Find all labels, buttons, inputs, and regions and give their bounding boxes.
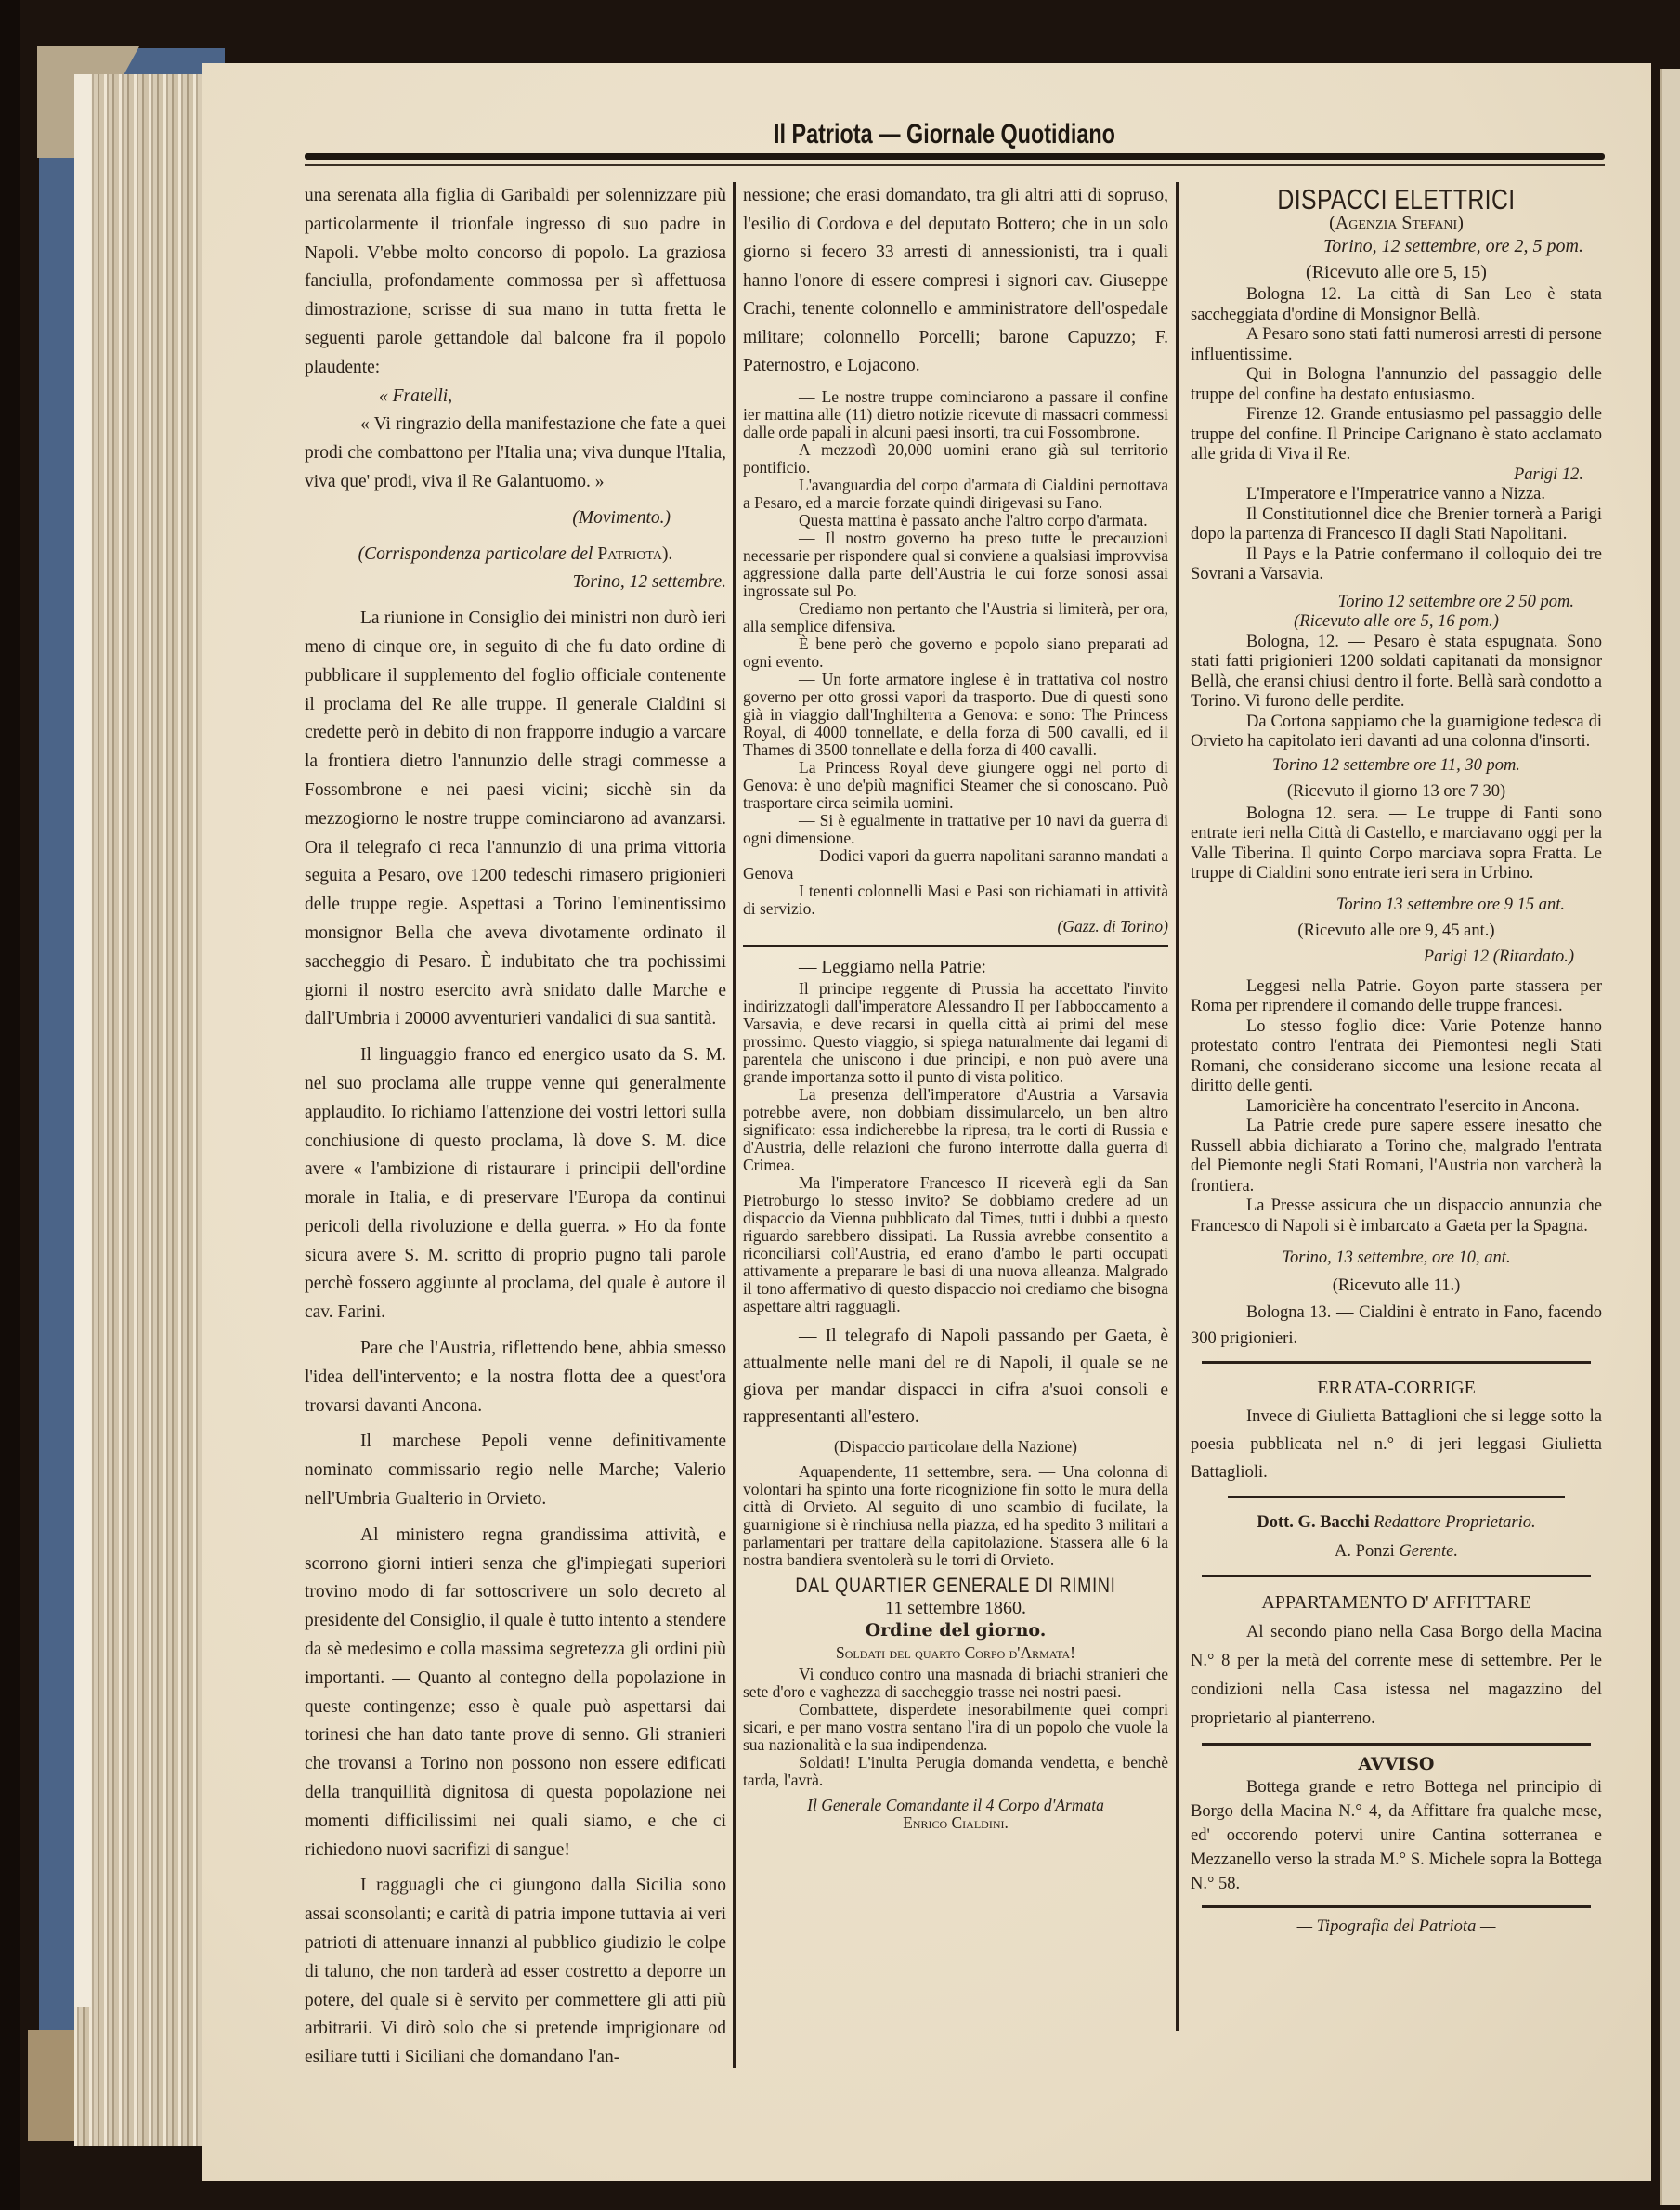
- next-page-edge: [1660, 69, 1680, 2205]
- article-paragraph: Al ministero regna grandissima attività,…: [305, 1522, 726, 1865]
- dispatch-received: (Ricevuto alle ore 9, 45 ant.): [1191, 918, 1602, 944]
- dispatch-paragraph: Da Cortona sappiamo che la guarnigione t…: [1191, 713, 1602, 752]
- dispatch-paragraph: Leggesi nella Patrie. Goyon parte stasse…: [1191, 977, 1602, 1017]
- dispatch-paragraph: L'Imperatore e l'Imperatrice vanno a Niz…: [1191, 485, 1602, 505]
- article-paragraph: nessione; che erasi domandato, tra gli a…: [743, 182, 1168, 381]
- article-paragraph: Il linguaggio franco ed energico usato d…: [305, 1041, 726, 1327]
- article-paragraph: Questa mattina è passato anche l'altro c…: [743, 512, 1168, 530]
- right-column: DISPACCI ELETTRICI (Agenzia Stefani) Tor…: [1191, 182, 1602, 1937]
- source-citation: (Gazz. di Torino): [743, 918, 1168, 935]
- article-paragraph: I ragguagli che ci giungono dalla Sicili…: [305, 1872, 726, 2073]
- dispatch-source: (Dispaccio particolare della Nazione): [743, 1438, 1168, 1456]
- dispatch-received: (Ricevuto il giorno 13 ore 7 30): [1191, 778, 1602, 804]
- dispatch-paragraph: Lamoricière ha concentrato l'esercito in…: [1191, 1097, 1602, 1118]
- masthead-rule-thin: [305, 164, 1605, 166]
- section-heading-rimini: DAL QUARTIER GENERALE DI RIMINI: [781, 1576, 1130, 1594]
- article-paragraph: Combattete, disperdete inesorabilmente q…: [743, 1701, 1168, 1754]
- printer-credit: — Tipografia del Patriota —: [1191, 1917, 1602, 1938]
- article-paragraph: Pare che l'Austria, riflettendo bene, ab…: [305, 1335, 726, 1420]
- dispatch-received: (Ricevuto alle ore 5, 16 pom.): [1191, 612, 1602, 633]
- dateline: Torino, 12 settembre.: [305, 569, 726, 597]
- article-paragraph: — Il nostro governo ha preso tutte le pr…: [743, 530, 1168, 600]
- dispatch-dateline: Torino, 13 settembre, ore 10, ant.: [1191, 1244, 1602, 1272]
- column-divider-1: [733, 182, 736, 2068]
- dispatch-paragraph: Il Pays e la Patrie confermano il colloq…: [1191, 545, 1602, 585]
- editor-credit: Dott. G. Bacchi Redattore Proprietario.: [1191, 1508, 1602, 1537]
- section-intro: — Leggiamo nella Patrie:: [743, 956, 1168, 980]
- section-title-dispatches: DISPACCI ELETTRICI: [1231, 190, 1560, 210]
- dispatch-paragraph: Lo stesso foglio dice: Varie Potenze han…: [1191, 1017, 1602, 1097]
- salutation: « Fratelli,: [305, 383, 726, 412]
- correspondence-heading: (Corrispondenza particolare del Patriota…: [305, 541, 726, 569]
- article-paragraph: — Dodici vapori da guerra napolitani sar…: [743, 847, 1168, 883]
- dispatch-paragraph: Bologna 12. sera. — Le truppe di Fanti s…: [1191, 804, 1602, 884]
- article-paragraph: « Vi ringrazio della manifestazione che …: [305, 411, 726, 496]
- article-paragraph: Il principe reggente di Prussia ha accet…: [743, 980, 1168, 1086]
- article-paragraph: È bene però che governo e popolo siano p…: [743, 635, 1168, 671]
- order-of-the-day-heading: Ordine del giorno.: [743, 1622, 1168, 1640]
- dark-background-left: [0, 0, 20, 2210]
- rent-ad-title: APPARTAMENTO D' AFFITTARE: [1191, 1587, 1602, 1618]
- article-paragraph: — Il telegrafo di Napoli passando per Ga…: [743, 1323, 1168, 1431]
- article-paragraph: L'avanguardia del corpo d'armata di Cial…: [743, 477, 1168, 512]
- dispatch-location: Parigi 12 (Ritardato.): [1191, 944, 1602, 970]
- article-paragraph: La presenza dell'imperatore d'Austria a …: [743, 1086, 1168, 1174]
- middle-column: nessione; che erasi domandato, tra gli a…: [743, 182, 1168, 1832]
- agency-name: (Agenzia Stefani): [1191, 214, 1602, 234]
- dispatch-dateline: Torino 12 settembre ore 11, 30 pom.: [1191, 752, 1602, 778]
- article-paragraph: — Le nostre truppe cominciarono a passar…: [743, 388, 1168, 441]
- article-paragraph: La Princess Royal deve giungere oggi nel…: [743, 759, 1168, 812]
- dispatch-location: Parigi 12.: [1191, 465, 1602, 486]
- rent-ad-text: Al secondo piano nella Casa Borgo della …: [1191, 1618, 1602, 1733]
- masthead-rule-thick: [305, 153, 1605, 160]
- dispatch-paragraph: La Patrie crede pure sapere essere inesa…: [1191, 1117, 1602, 1197]
- signature-title: Il Generale Comandante il 4 Corpo d'Arma…: [743, 1797, 1168, 1814]
- dispatch-paragraph: Qui in Bologna l'annunzio del passaggio …: [1191, 365, 1602, 405]
- dispatch-paragraph: A Pesaro sono stati fatti numerosi arres…: [1191, 325, 1602, 365]
- dispatch-paragraph: Bologna 12. La città di San Leo è stata …: [1191, 285, 1602, 325]
- dispatch-paragraph: Il Constitutionnel dice che Brenier torn…: [1191, 505, 1602, 545]
- article-paragraph: una serenata alla figlia di Garibaldi pe…: [305, 182, 726, 383]
- dispatch-dateline: Torino 13 settembre ore 9 15 ant.: [1191, 892, 1602, 918]
- source-citation: (Movimento.): [305, 504, 726, 533]
- notice-text: Bottega grande e retro Bottega nel princ…: [1191, 1775, 1602, 1896]
- masthead: Il Patriota — Giornale Quotidiano: [774, 119, 1115, 150]
- rimini-date: 11 settembre 1860.: [743, 1594, 1168, 1622]
- article-paragraph: A mezzodì 20,000 uomini erano già sul te…: [743, 441, 1168, 477]
- dispatch-paragraph: Bologna, 12. — Pesaro è stata espugnata.…: [1191, 633, 1602, 713]
- article-paragraph: — Un forte armatore inglese è in trattat…: [743, 671, 1168, 759]
- column-divider-2: [1176, 182, 1179, 2031]
- page-stack-front-edge: [74, 74, 91, 2007]
- article-paragraph: I tenenti colonnelli Masi e Pasi son ric…: [743, 883, 1168, 918]
- manager-credit: A. Ponzi Gerente.: [1191, 1537, 1602, 1565]
- article-paragraph: Aquapendente, 11 settembre, sera. — Una …: [743, 1463, 1168, 1569]
- dispatch-paragraph: Bologna 13. — Cialdini è entrato in Fano…: [1191, 1300, 1602, 1352]
- soldiers-address: Soldati del quarto Corpo d'Armata!: [743, 1640, 1168, 1666]
- article-paragraph: La riunione in Consiglio dei ministri no…: [305, 605, 726, 1034]
- dispatch-paragraph: Firenze 12. Grande entusiasmo pel passag…: [1191, 405, 1602, 465]
- dispatch-received: (Ricevuto alle 11.): [1191, 1272, 1602, 1300]
- signature-name: Enrico Cialdini.: [743, 1814, 1168, 1832]
- article-paragraph: Crediamo non pertanto che l'Austria si l…: [743, 600, 1168, 635]
- notice-title: AVVISO: [1191, 1755, 1602, 1775]
- article-paragraph: Soldati! L'inulta Perugia domanda vendet…: [743, 1754, 1168, 1789]
- dispatch-dateline: Torino 12 settembre ore 2 50 pom.: [1191, 593, 1602, 613]
- dispatch-paragraph: La Presse assicura che un dispaccio annu…: [1191, 1197, 1602, 1236]
- dispatch-received: (Ricevuto alle ore 5, 15): [1191, 259, 1602, 285]
- errata-text: Invece di Giulietta Battaglioni che si l…: [1191, 1403, 1602, 1486]
- left-column: una serenata alla figlia di Garibaldi pe…: [305, 182, 726, 2073]
- errata-title: ERRATA-CORRIGE: [1191, 1373, 1602, 1403]
- article-paragraph: Il marchese Pepoli venne definitivamente…: [305, 1428, 726, 1513]
- article-paragraph: Ma l'imperatore Francesco II riceverà eg…: [743, 1174, 1168, 1315]
- article-paragraph: Vi conduco contro una masnada di briachi…: [743, 1666, 1168, 1701]
- article-paragraph: — Si è egualmente in trattative per 10 n…: [743, 812, 1168, 847]
- dispatch-dateline: Torino, 12 settembre, ore 2, 5 pom.: [1191, 233, 1602, 259]
